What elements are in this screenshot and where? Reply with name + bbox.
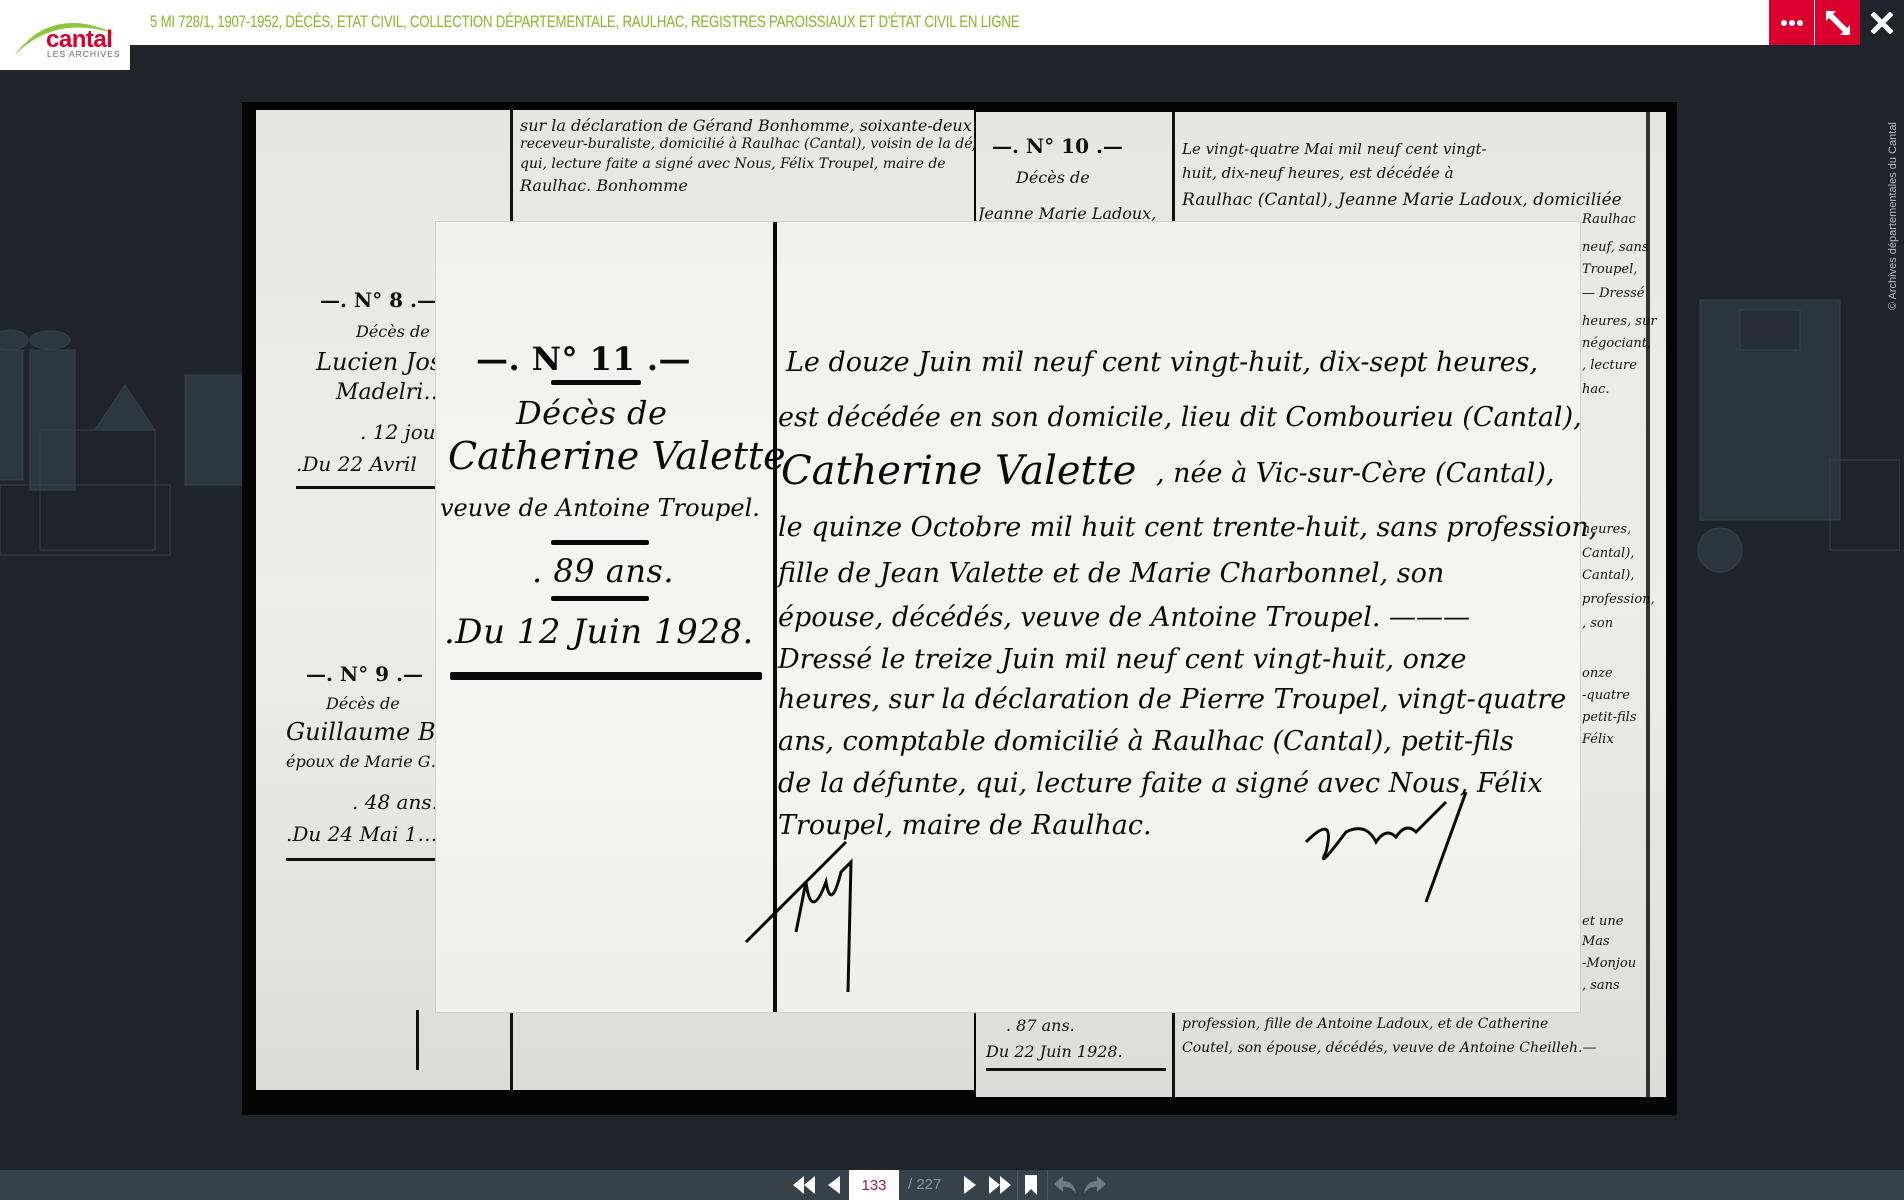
previous-page-button[interactable]	[824, 1170, 844, 1200]
page-text-line: profession, fille de Antoine Ladoux, et …	[1182, 1016, 1548, 1033]
entry-name-line2: Madelri…	[336, 380, 445, 406]
entry-name: Guillaume B…	[286, 718, 460, 747]
bookmark-button[interactable]	[1020, 1170, 1042, 1200]
margin-fragment: et une	[1582, 914, 1624, 930]
entry-spouse: époux de Marie G…	[286, 752, 447, 771]
document-title: 5 MI 728/1, 1907-1952, DÉCÈS, ETAT CIVIL…	[150, 12, 1019, 32]
inset-body-line: , née à Vic-sur-Cère (Cantal),	[1156, 458, 1554, 489]
margin-fragment: Mas	[1582, 934, 1610, 950]
margin-fragment: petit-fils	[1582, 710, 1637, 726]
inset-body-line: Le douze Juin mil neuf cent vingt-huit, …	[786, 347, 1538, 378]
margin-fragment: , son	[1582, 616, 1613, 632]
margin-fragment: heures, sur	[1582, 314, 1657, 330]
close-button[interactable]	[1860, 0, 1904, 45]
ellipsis-icon	[1781, 19, 1803, 27]
undo-arrow-icon	[1054, 1176, 1076, 1194]
margin-fragment: Félix	[1582, 732, 1614, 748]
margin-fragment: -quatre	[1582, 688, 1630, 704]
next-page-button[interactable]	[960, 1170, 980, 1200]
inset-rule	[551, 596, 649, 601]
inset-entry-number: —. N° 11 .—	[476, 340, 691, 378]
inset-body-line: heures, sur la déclaration de Pierre Tro…	[778, 684, 1566, 715]
double-chevron-right-icon	[989, 1176, 1011, 1194]
entry-title: Décès de	[356, 322, 430, 341]
inset-entry-age: . 89 ans.	[532, 552, 674, 590]
page-text-line: sur la déclaration de Gérand Bonhomme, s…	[520, 116, 1010, 135]
entry-number: —. N° 8 .—	[320, 288, 437, 312]
page-text-line: Raulhac (Cantal), Jeanne Marie Ladoux, d…	[1182, 190, 1622, 210]
page-text-line: Le vingt-quatre Mai mil neuf cent vingt-	[1182, 140, 1487, 158]
inset-entry-date: .Du 12 Juin 1928.	[444, 612, 754, 652]
entry-age: . 48 ans.	[352, 790, 438, 814]
undo-button[interactable]	[1052, 1170, 1078, 1200]
entry-number: —. N° 9 .—	[306, 662, 423, 686]
entry-date: .Du 22 Avril	[296, 452, 417, 476]
cantal-archives-logo[interactable]: cantal LES ARCHIVES	[0, 0, 130, 70]
margin-fragment: hac.	[1582, 382, 1610, 398]
entry-divider	[986, 1068, 1166, 1071]
first-page-button[interactable]	[790, 1170, 818, 1200]
margin-fragment: négociant,	[1582, 336, 1651, 352]
inset-body-line: épouse, décédés, veuve de Antoine Troupe…	[778, 602, 1470, 633]
inset-body-line: Dressé le treize Juin mil neuf cent ving…	[778, 644, 1467, 675]
redo-button[interactable]	[1082, 1170, 1108, 1200]
expand-arrows-icon	[1825, 10, 1851, 36]
inset-body-line: ans, comptable domicilié à Raulhac (Cant…	[778, 726, 1514, 757]
inset-entry-name: Catherine Valette	[448, 434, 786, 478]
last-page-button[interactable]	[986, 1170, 1014, 1200]
inset-entry-title: Décès de	[516, 394, 667, 432]
double-chevron-left-icon	[793, 1176, 815, 1194]
page-line	[416, 1010, 419, 1070]
inset-double-rule	[450, 672, 762, 680]
entry-number: —. N° 10 .—	[992, 134, 1123, 158]
logo-subtitle: LES ARCHIVES	[47, 49, 120, 59]
fullscreen-button[interactable]	[1815, 0, 1860, 45]
magnifier-inset[interactable]: —. N° 11 .— Décès de Catherine Valette v…	[436, 222, 1580, 1012]
inset-body-name: Catherine Valette	[781, 448, 1136, 494]
inset-rule	[551, 380, 641, 385]
background-illustration-right	[1680, 290, 1900, 580]
inset-body-line: est décédée en son domicile, lieu dit Co…	[778, 402, 1582, 433]
page-text-line: qui, lecture faite a signé avec Nous, Fé…	[520, 156, 946, 173]
page-text-line: receveur-buraliste, domicilié à Raulhac …	[520, 136, 1010, 153]
margin-fragment: profession,	[1582, 592, 1655, 608]
toolbar-separator	[1017, 1170, 1018, 1200]
copyright-notice: © Archives départementales du Cantal	[1887, 122, 1899, 310]
total-pages-label: / 227	[908, 1176, 941, 1193]
top-header: 5 MI 728/1, 1907-1952, DÉCÈS, ETAT CIVIL…	[0, 0, 1904, 45]
margin-fragment: Troupel,	[1582, 262, 1637, 278]
triangle-left-icon	[828, 1176, 840, 1194]
margin-fragment: — Dressé	[1582, 286, 1645, 302]
inset-body-line: fille de Jean Valette et de Marie Charbo…	[778, 558, 1444, 589]
close-x-icon	[1871, 12, 1893, 34]
signature-left-icon	[736, 822, 896, 1002]
more-options-button[interactable]	[1769, 0, 1814, 45]
bookmark-icon	[1025, 1175, 1037, 1195]
page-text-line: huit, dix-neuf heures, est décédée à	[1182, 164, 1454, 182]
pagination-bar: / 227	[0, 1170, 1904, 1200]
margin-fragment: Raulhac	[1582, 212, 1636, 228]
margin-fragment: , lecture	[1582, 358, 1637, 374]
inset-rule	[551, 540, 649, 545]
redo-arrow-icon	[1084, 1176, 1106, 1194]
margin-fragment: Cantal),	[1582, 546, 1634, 562]
inset-entry-spouse: veuve de Antoine Troupel.	[440, 494, 760, 522]
margin-fragment: onze	[1582, 666, 1613, 682]
entry-date: .Du 24 Mai 1…	[286, 822, 437, 846]
page-text-line: Raulhac. Bonhomme	[520, 176, 688, 195]
triangle-right-icon	[964, 1176, 976, 1194]
margin-fragment: -Monjou	[1582, 956, 1636, 972]
margin-fragment: , sans	[1582, 978, 1620, 994]
margin-fragment: Cantal),	[1582, 568, 1634, 584]
entry-title: Décès de	[1016, 168, 1090, 187]
entry-age: . 87 ans.	[1006, 1016, 1075, 1035]
inset-body-line: le quinze Octobre mil huit cent trente-h…	[778, 512, 1597, 543]
entry-title: Décès de	[326, 694, 400, 713]
current-page-input[interactable]	[849, 1170, 899, 1200]
background-illustration-left	[0, 300, 250, 570]
signature-right-icon	[1296, 792, 1536, 942]
margin-fragment: neuf, sans	[1582, 240, 1649, 256]
entry-name: Jeanne Marie Ladoux,	[978, 204, 1156, 223]
page-text-line: Coutel, son épouse, décédés, veuve de An…	[1182, 1040, 1596, 1057]
entry-date: Du 22 Juin 1928.	[986, 1042, 1123, 1061]
toolbar-separator	[1047, 1170, 1048, 1200]
